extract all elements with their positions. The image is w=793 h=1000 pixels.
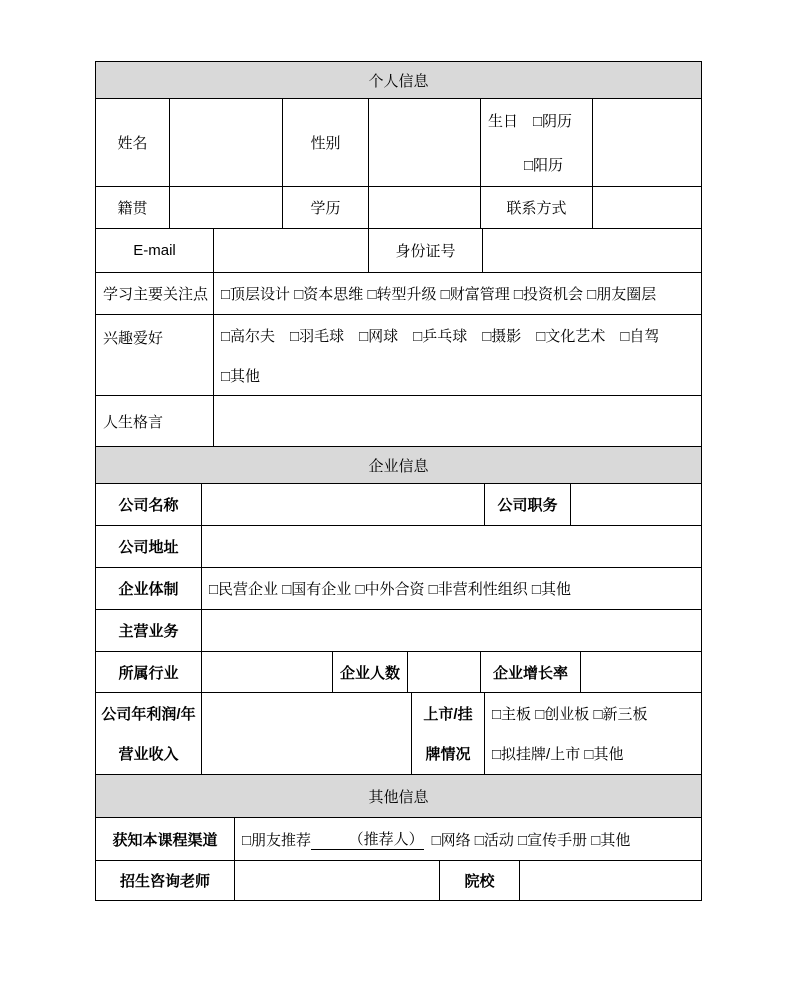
position-label: 公司职务 bbox=[485, 484, 571, 526]
birthday-checkbox-cell[interactable]: 生日 □阴历 □阳历 bbox=[481, 99, 593, 187]
main-business-value-cell[interactable] bbox=[202, 610, 702, 652]
section-header-personal: 个人信息 bbox=[96, 62, 702, 99]
row-company-address: 公司地址 bbox=[96, 526, 702, 568]
hobby-label: 兴趣爱好 bbox=[96, 315, 214, 396]
learning-focus-label: 学习主要关注点 bbox=[96, 273, 214, 315]
hobby-options[interactable]: □高尔夫 □羽毛球 □网球 □乒乓球 □摄影 □文化艺术 □自驾 □其他 bbox=[214, 315, 702, 396]
company-name-value-cell[interactable] bbox=[202, 484, 485, 526]
position-value-cell[interactable] bbox=[571, 484, 702, 526]
hometown-value-cell[interactable] bbox=[170, 187, 283, 229]
listing-options-line2[interactable]: □拟挂牌/上市 □其他 bbox=[492, 743, 623, 764]
row-industry-headcount-growth: 所属行业 企业人数 企业增长率 bbox=[96, 652, 702, 693]
name-value-cell[interactable] bbox=[170, 99, 283, 187]
gender-value-cell[interactable] bbox=[369, 99, 481, 187]
id-number-label: 身份证号 bbox=[369, 229, 483, 273]
channel-other-options[interactable]: □网络 □活动 □宣传手册 □其他 bbox=[432, 829, 631, 850]
profit-value-cell[interactable] bbox=[202, 693, 412, 775]
education-label: 学历 bbox=[283, 187, 369, 229]
personal-info-title: 个人信息 bbox=[96, 62, 702, 99]
gender-label: 性别 bbox=[283, 99, 369, 187]
name-label: 姓名 bbox=[96, 99, 170, 187]
teacher-value-cell[interactable] bbox=[235, 861, 440, 901]
birthday-lunar-option[interactable]: 生日 □阴历 bbox=[488, 110, 572, 131]
growth-value-cell[interactable] bbox=[581, 652, 702, 693]
section-header-company: 企业信息 bbox=[96, 447, 702, 484]
channel-options[interactable]: □朋友推荐 （推荐人） □网络 □活动 □宣传手册 □其他 bbox=[235, 818, 702, 861]
row-company-system: 企业体制 □民营企业 □国有企业 □中外合资 □非营利性组织 □其他 bbox=[96, 568, 702, 610]
row-company-name-position: 公司名称 公司职务 bbox=[96, 484, 702, 526]
birthday-value-cell[interactable] bbox=[593, 99, 702, 187]
industry-label: 所属行业 bbox=[96, 652, 202, 693]
email-value-cell[interactable] bbox=[214, 229, 369, 273]
hometown-label: 籍贯 bbox=[96, 187, 170, 229]
school-label: 院校 bbox=[440, 861, 520, 901]
row-motto: 人生格言 bbox=[96, 396, 702, 447]
company-name-label: 公司名称 bbox=[96, 484, 202, 526]
company-address-label: 公司地址 bbox=[96, 526, 202, 568]
contact-label: 联系方式 bbox=[481, 187, 593, 229]
headcount-label: 企业人数 bbox=[333, 652, 408, 693]
main-business-label: 主营业务 bbox=[96, 610, 202, 652]
company-info-title: 企业信息 bbox=[96, 447, 702, 484]
channel-label: 获知本课程渠道 bbox=[96, 818, 235, 861]
company-system-options[interactable]: □民营企业 □国有企业 □中外合资 □非营利性组织 □其他 bbox=[202, 568, 702, 610]
school-value-cell[interactable] bbox=[520, 861, 702, 901]
contact-value-cell[interactable] bbox=[593, 187, 702, 229]
row-learning-focus: 学习主要关注点 □顶层设计 □资本思维 □转型升级 □财富管理 □投资机会 □朋… bbox=[96, 273, 702, 315]
row-hobbies: 兴趣爱好 □高尔夫 □羽毛球 □网球 □乒乓球 □摄影 □文化艺术 □自驾 □其… bbox=[96, 315, 702, 396]
row-email-id: E-mail 身份证号 bbox=[96, 229, 702, 273]
birthday-solar-option[interactable]: □阳历 bbox=[524, 154, 563, 175]
row-main-business: 主营业务 bbox=[96, 610, 702, 652]
id-number-value-cell[interactable] bbox=[483, 229, 702, 273]
growth-label: 企业增长率 bbox=[481, 652, 581, 693]
channel-referrer-blank[interactable]: （推荐人） bbox=[311, 828, 424, 850]
listing-label: 上市/挂 牌情况 bbox=[412, 693, 485, 775]
motto-label: 人生格言 bbox=[96, 396, 214, 447]
headcount-value-cell[interactable] bbox=[408, 652, 481, 693]
email-label: E-mail bbox=[96, 229, 214, 273]
teacher-label: 招生咨询老师 bbox=[96, 861, 235, 901]
listing-options[interactable]: □主板 □创业板 □新三板 □拟挂牌/上市 □其他 bbox=[485, 693, 702, 775]
learning-focus-options[interactable]: □顶层设计 □资本思维 □转型升级 □财富管理 □投资机会 □朋友圈层 bbox=[214, 273, 702, 315]
row-hometown-education-contact: 籍贯 学历 联系方式 bbox=[96, 187, 702, 229]
profit-label-line2: 营业收入 bbox=[118, 743, 178, 764]
listing-label-line2: 牌情况 bbox=[425, 743, 470, 764]
registration-form-table: 个人信息 姓名 性别 生日 □阴历 □阳历 籍贯 学历 联系方式 E-mail … bbox=[95, 61, 702, 901]
motto-value-cell[interactable] bbox=[214, 396, 702, 447]
company-system-label: 企业体制 bbox=[96, 568, 202, 610]
row-channel: 获知本课程渠道 □朋友推荐 （推荐人） □网络 □活动 □宣传手册 □其他 bbox=[96, 818, 702, 861]
row-name-gender-birthday: 姓名 性别 生日 □阴历 □阳历 bbox=[96, 99, 702, 187]
listing-label-line1: 上市/挂 bbox=[423, 703, 472, 724]
profit-label-line1: 公司年利润/年 bbox=[101, 703, 195, 724]
row-teacher-school: 招生咨询老师 院校 bbox=[96, 861, 702, 901]
hobby-options-line1[interactable]: □高尔夫 □羽毛球 □网球 □乒乓球 □摄影 □文化艺术 □自驾 bbox=[221, 325, 659, 346]
row-profit-listing: 公司年利润/年 营业收入 上市/挂 牌情况 □主板 □创业板 □新三板 □拟挂牌… bbox=[96, 693, 702, 775]
listing-options-line1[interactable]: □主板 □创业板 □新三板 bbox=[492, 703, 648, 724]
profit-label: 公司年利润/年 营业收入 bbox=[96, 693, 202, 775]
other-info-title: 其他信息 bbox=[96, 775, 702, 818]
industry-value-cell[interactable] bbox=[202, 652, 333, 693]
section-header-other: 其他信息 bbox=[96, 775, 702, 818]
hobby-options-line2[interactable]: □其他 bbox=[221, 365, 260, 386]
company-address-value-cell[interactable] bbox=[202, 526, 702, 568]
channel-friend-option[interactable]: □朋友推荐 bbox=[242, 829, 311, 850]
education-value-cell[interactable] bbox=[369, 187, 481, 229]
